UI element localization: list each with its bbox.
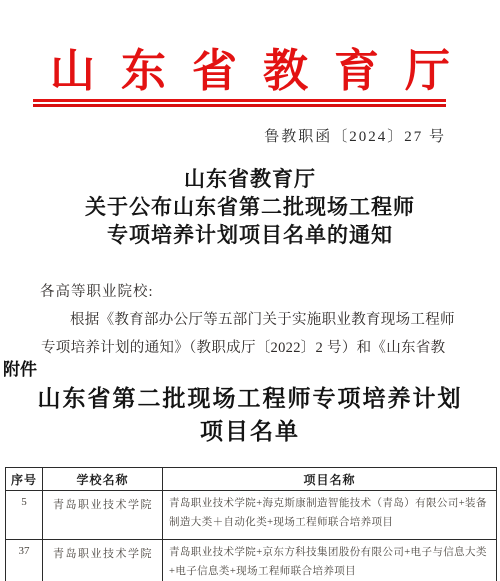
notice-title-line-1: 山东省教育厅 [0, 165, 500, 193]
letterhead-red-divider [33, 99, 446, 107]
attachment-title: 山东省第二批现场工程师专项培养计划 项目名单 [0, 382, 500, 448]
document-page: 山东省教育厅 鲁教职函〔2024〕27 号 山东省教育厅 关于公布山东省第二批现… [0, 0, 500, 581]
attachment-label: 附件 [3, 355, 37, 380]
notice-body-line-2: 专项培养计划的通知》（教职成厅〔2022〕2 号）和《山东省教 [41, 336, 445, 357]
row-1-school-name: 青岛职业技术学院 [43, 491, 163, 540]
letterhead-agency-name: 山东省教育厅 [0, 34, 500, 99]
attachment-title-line-2: 项目名单 [0, 415, 500, 448]
table-row: 5 青岛职业技术学院 青岛职业技术学院+海克斯康制造智能技术（青岛）有限公司+装… [6, 491, 497, 540]
table-header-row: 序号 学校名称 项目名称 [6, 468, 497, 491]
document-reference-number: 鲁教职函〔2024〕27 号 [264, 125, 446, 146]
row-1-project-name: 青岛职业技术学院+海克斯康制造智能技术（青岛）有限公司+装备制造大类＋自动化类+… [163, 491, 497, 540]
row-2-serial-number: 37 [6, 540, 43, 581]
project-list-table: 序号 学校名称 项目名称 5 青岛职业技术学院 青岛职业技术学院+海克斯康制造智… [5, 467, 497, 581]
row-1-serial-number: 5 [6, 491, 43, 540]
table-header-school: 学校名称 [43, 468, 163, 491]
notice-salutation: 各高等职业院校: [40, 280, 154, 301]
row-2-project-name: 青岛职业技术学院+京东方科技集团股份有限公司+电子与信息大类+电子信息类+现场工… [163, 540, 497, 581]
notice-title-line-3: 专项培养计划项目名单的通知 [0, 221, 500, 249]
row-2-school-name: 青岛职业技术学院 [43, 540, 163, 581]
table-row: 37 青岛职业技术学院 青岛职业技术学院+京东方科技集团股份有限公司+电子与信息… [6, 540, 497, 581]
notice-body-line-1: 根据《教育部办公厅等五部门关于实施职业教育现场工程师 [70, 308, 455, 329]
table-header-project: 项目名称 [163, 468, 497, 491]
attachment-title-line-1: 山东省第二批现场工程师专项培养计划 [0, 382, 500, 415]
notice-title-line-2: 关于公布山东省第二批现场工程师 [0, 193, 500, 221]
table-header-no: 序号 [6, 468, 43, 491]
notice-title: 山东省教育厅 关于公布山东省第二批现场工程师 专项培养计划项目名单的通知 [0, 165, 500, 249]
